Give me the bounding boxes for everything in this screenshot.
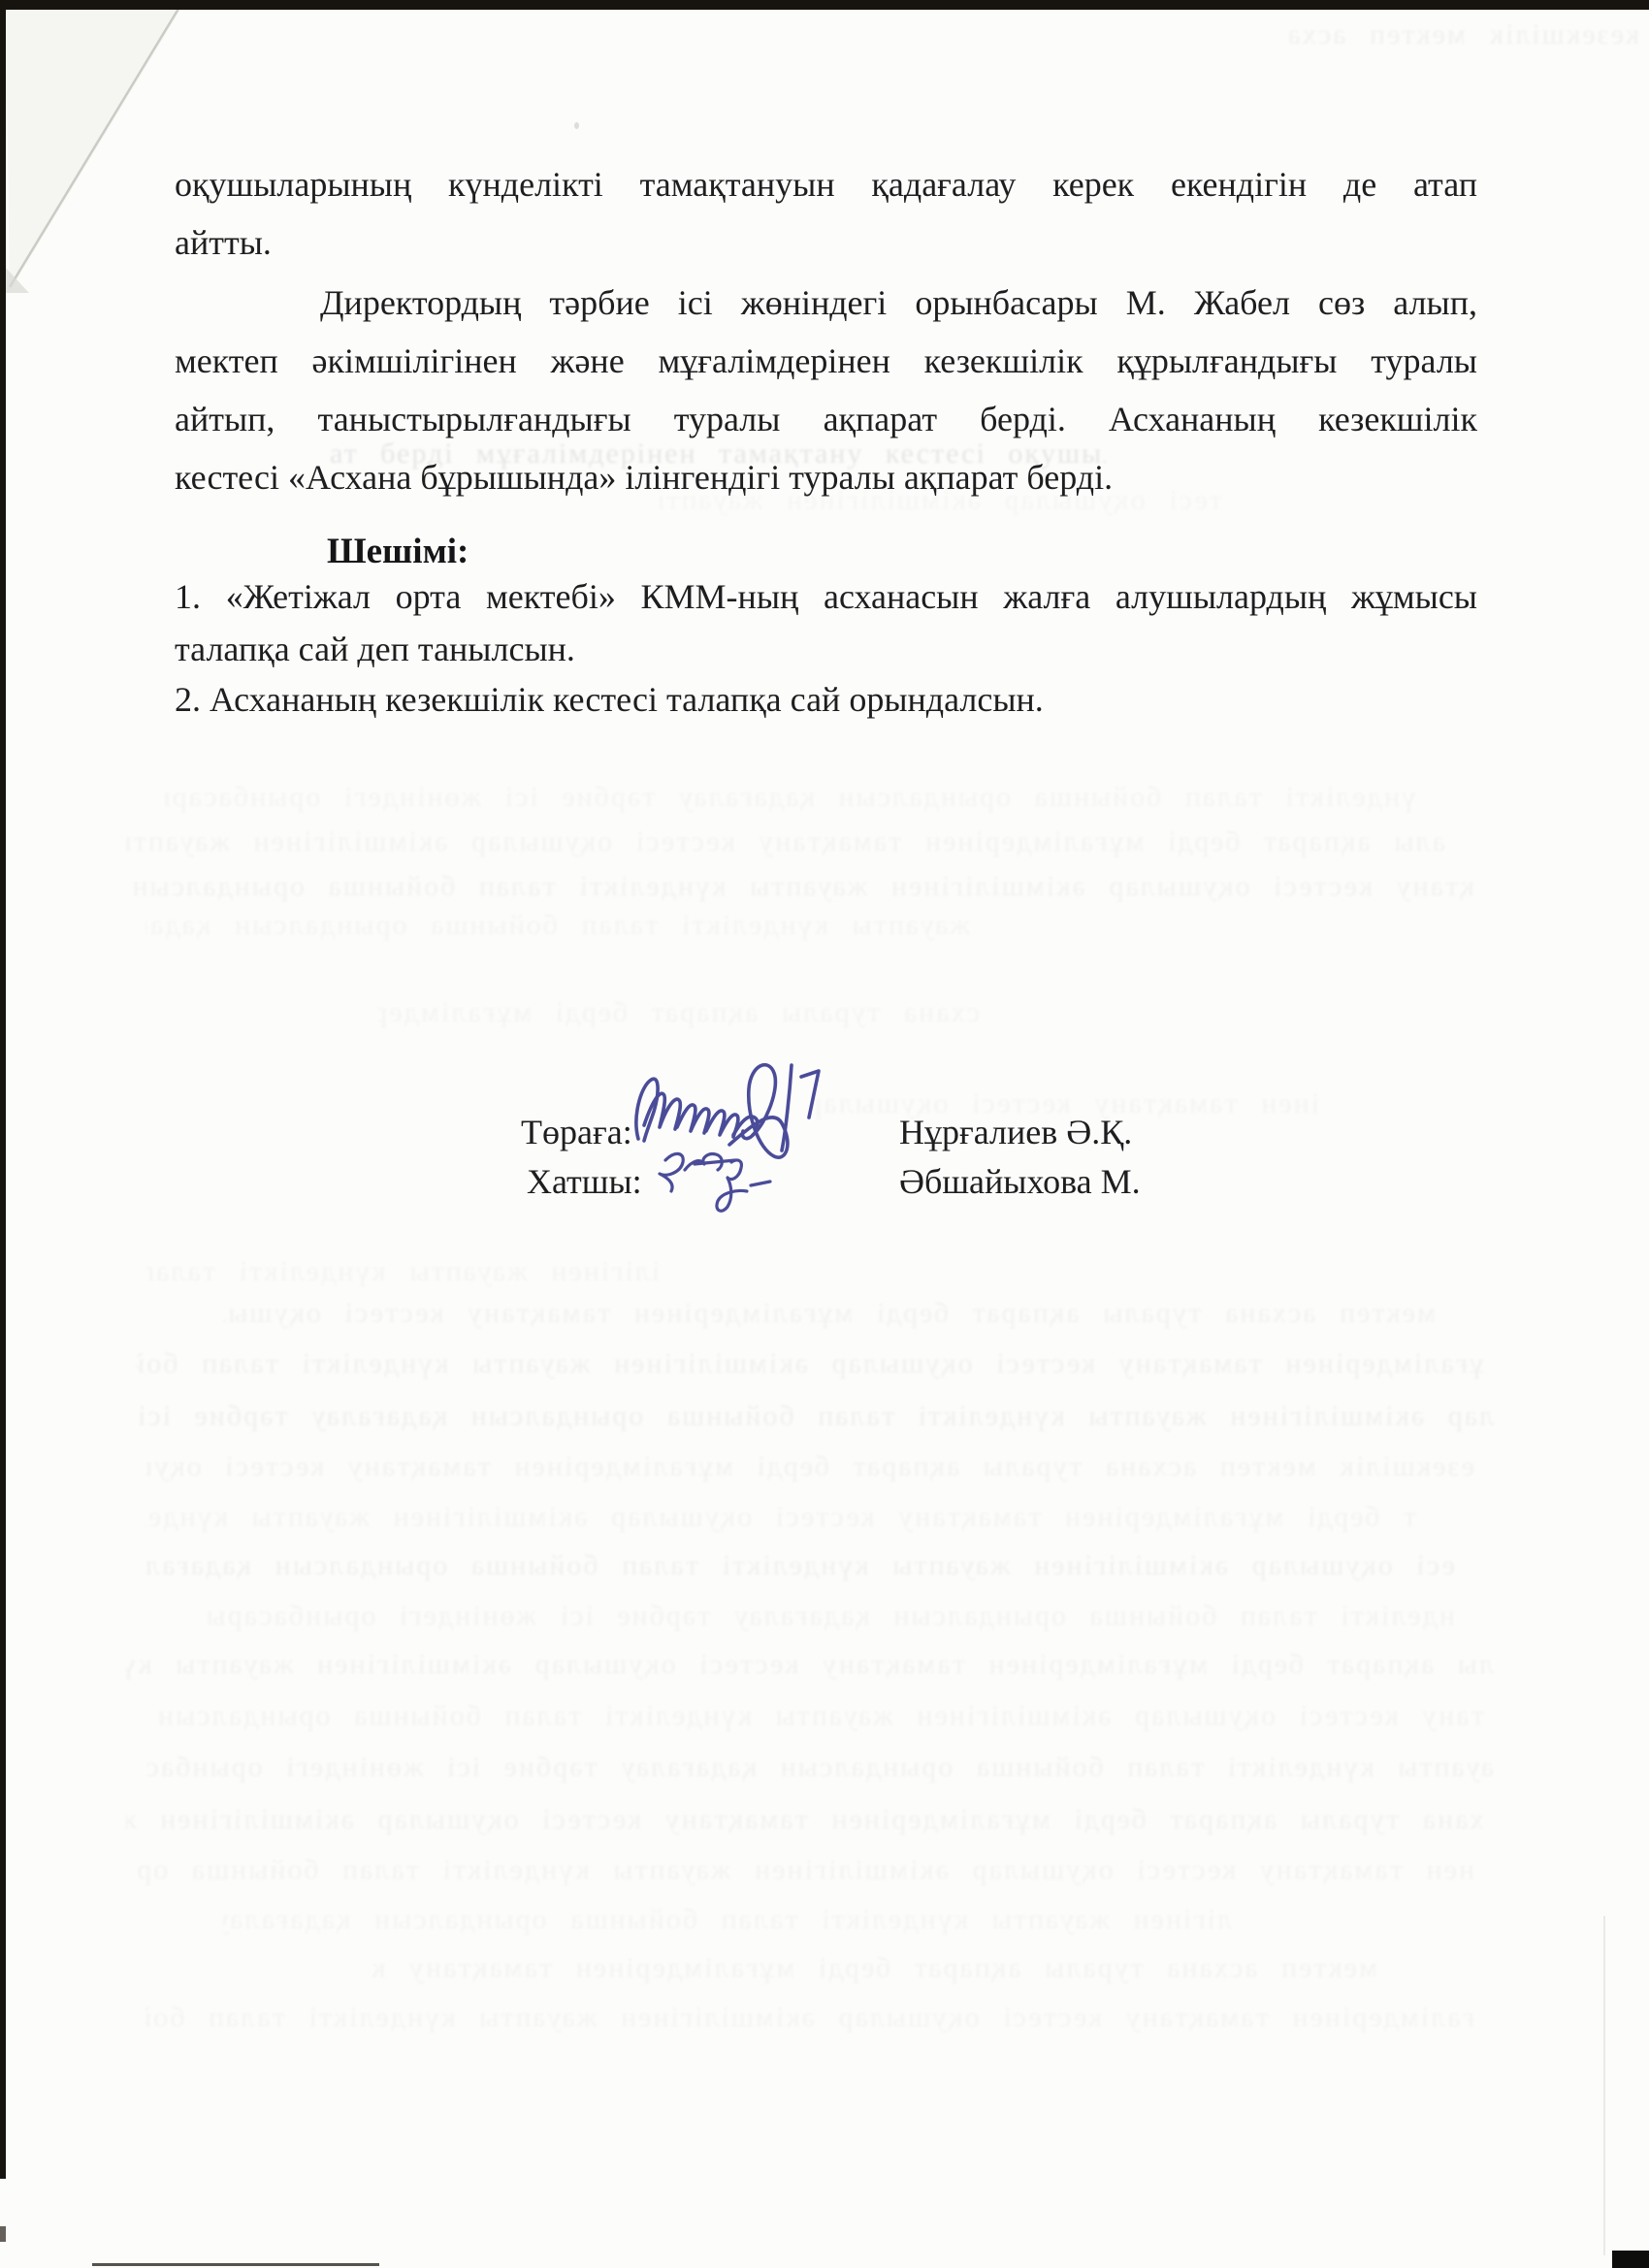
bleed-through-line: алы ақпарат берді мұғалімдерінен тамақта…	[126, 826, 1445, 858]
scan-corner-black-mark	[1612, 2251, 1649, 2268]
paragraph-line: оқушыларының күнделікті тамақтануын қада…	[175, 161, 1477, 208]
scanner-edge-top	[0, 0, 1649, 10]
bleed-through-line: т берді мұғалімдерінен тамақтану кестесі…	[145, 1502, 1416, 1533]
bleed-through-line: езекшілік мектеп асхана туралы ақпарат б…	[145, 1451, 1474, 1482]
secretary-name: Әбшайыхова М.	[899, 1158, 1141, 1205]
bleed-through-line: нделікті талап бойынша орындалсын қадаға…	[209, 1601, 1455, 1632]
secretary-signature	[642, 1143, 797, 1218]
scanned-document-page: кезекшілік мектеп асхана турат берді мұғ…	[0, 0, 1649, 2268]
paper-right-edge-shadow	[1603, 1916, 1605, 2255]
bleed-through-line: мектеп асхана туралы ақпарат берді мұғал…	[223, 1298, 1436, 1329]
decision-heading: Шешімі:	[327, 529, 469, 575]
scanner-edge-mark	[0, 2226, 6, 2242]
decision-item-line: 2. Асхананың кезекшілік кестесі талапқа …	[175, 676, 1044, 723]
bleed-through-line: тану кестесі оқушылар әкімшілігінен жауа…	[145, 1701, 1484, 1732]
chairman-label: Төраға:	[521, 1109, 632, 1155]
bleed-through-line: ауапты күнделікті талап бойынша орындалс…	[145, 1752, 1494, 1783]
bleed-through-line: лы ақпарат берді мұғалімдерінен тамақтан…	[126, 1649, 1494, 1680]
paragraph-line: айтты.	[175, 219, 272, 266]
paragraph-line: айтып, таныстырылғандығы туралы ақпарат …	[175, 396, 1477, 442]
scan-bottom-dark-line	[92, 2263, 379, 2266]
bleed-through-line: ғалімдерінен тамақтану кестесі оқушылар …	[145, 2002, 1474, 2033]
bleed-through-line: есі оқушылар әкімшілігінен жауапты күнде…	[145, 1550, 1455, 1581]
bleed-through-line: хана туралы ақпарат берді мұғалімдерінен…	[126, 1804, 1484, 1835]
bleed-through-line: схана туралы ақпарат берді мұғалімдеріне…	[378, 997, 980, 1028]
bleed-through-line: лар әкімшілігінен жауапты күнделікті тал…	[121, 1401, 1494, 1432]
bleed-through-line: нен тамақтану кестесі оқушылар әкімшіліг…	[136, 1855, 1474, 1886]
bleed-through-line: қтану кестесі оқушылар әкімшілігінен жау…	[112, 871, 1474, 902]
paragraph-line: Директордың тәрбие ісі жөніндегі орынбас…	[320, 279, 1477, 326]
bleed-through-line: кезекшілік мектеп асхана тур	[1290, 19, 1639, 50]
bleed-through-line: жауапты күнделікті талап бойынша орындал…	[145, 910, 970, 941]
bleed-through-line: мектеп асхана туралы ақпарат берді мұғал…	[369, 1953, 1377, 1984]
paragraph-line: мектеп әкімшілігінен және мұғалімдерінен…	[175, 338, 1477, 384]
chairman-name: Нұрғалиев Ә.Қ.	[899, 1109, 1132, 1155]
bleed-through-line: үнделікті талап бойынша орындалсын қадағ…	[165, 782, 1416, 813]
dust-speck	[574, 122, 579, 129]
secretary-label: Хатшы:	[527, 1158, 642, 1205]
bleed-through-line: лігінен жауапты күнделікті талап бойынша…	[223, 1904, 1232, 1935]
decision-item-line: талапқа сай деп танылсын.	[175, 626, 575, 672]
decision-item-line: 1. «Жетіжал орта мектебі» КММ-ның асхана…	[175, 573, 1477, 620]
paragraph-line: кестесі «Асхана бұрышында» ілінгендігі т…	[175, 454, 1113, 501]
bleed-through-line: ілігінен жауапты күнделікті талап бойынш…	[145, 1256, 660, 1287]
scanner-edge-left	[0, 0, 6, 2179]
bleed-through-line: ұғалімдерінен тамақтану кестесі оқушылар…	[136, 1348, 1484, 1379]
